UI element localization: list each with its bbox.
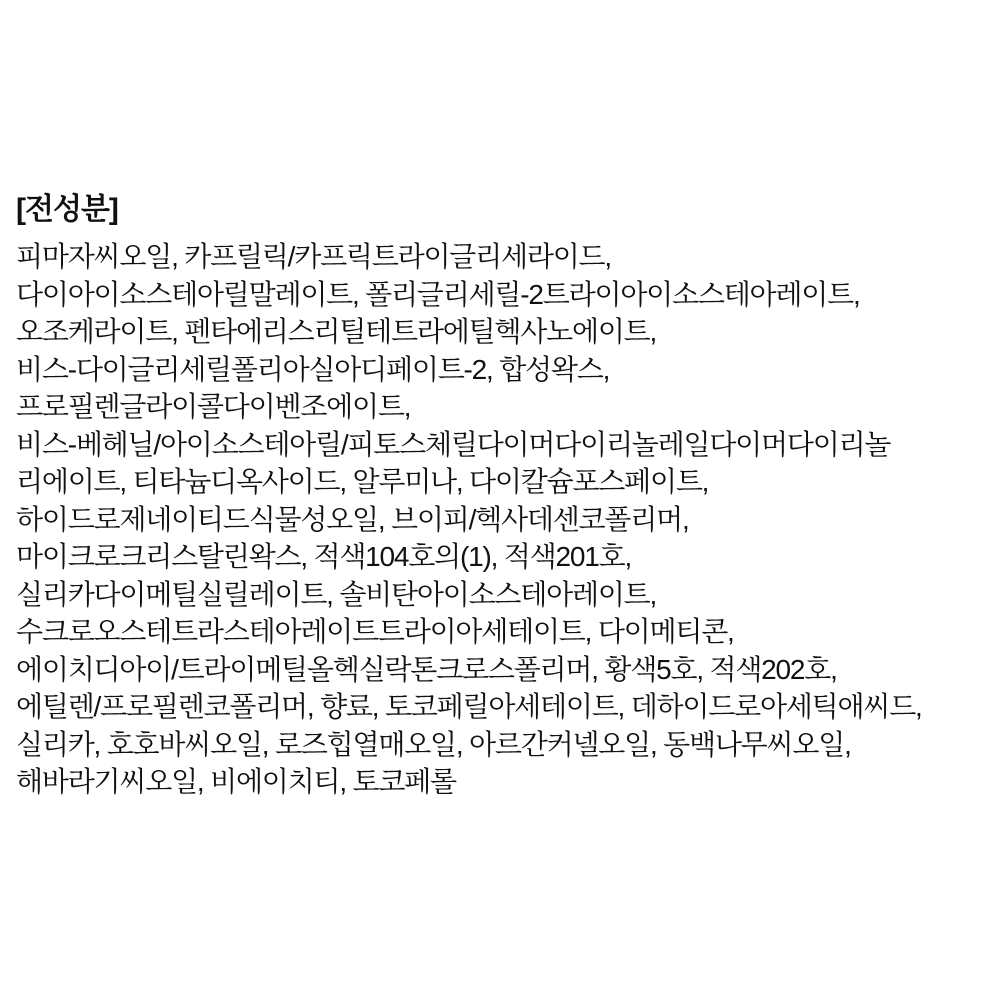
ingredient-line: 마이크로크리스탈린왁스, 적색104호의(1), 적색201호, — [16, 538, 988, 576]
ingredient-line: 비스-베헤닐/아이소스테아릴/피토스체릴다이머다이리놀레일다이머다이리놀 — [16, 426, 988, 464]
ingredient-line: 실리카다이메틸실릴레이트, 솔비탄아이소스테아레이트, — [16, 576, 988, 614]
ingredient-line: 리에이트, 티타늄디옥사이드, 알루미나, 다이칼슘포스페이트, — [16, 463, 988, 501]
ingredient-line: 피마자씨오일, 카프릴릭/카프릭트라이글리세라이드, — [16, 238, 988, 276]
ingredient-line: 해바라기씨오일, 비에이치티, 토코페롤 — [16, 763, 988, 801]
ingredient-line: 비스-다이글리세릴폴리아실아디페이트-2, 합성왁스, — [16, 351, 988, 389]
ingredient-line: 에틸렌/프로필렌코폴리머, 향료, 토코페릴아세테이트, 데하이드로아세틱애씨드… — [16, 688, 988, 726]
ingredient-list: 피마자씨오일, 카프릴릭/카프릭트라이글리세라이드, 다이아이소스테아릴말레이트… — [16, 238, 988, 801]
ingredient-line: 실리카, 호호바씨오일, 로즈힙열매오일, 아르간커넬오일, 동백나무씨오일, — [16, 726, 988, 764]
section-title: [전성분] — [16, 192, 988, 228]
ingredient-line: 프로필렌글라이콜다이벤조에이트, — [16, 388, 988, 426]
ingredient-line: 에이치디아이/트라이메틸올헥실락톤크로스폴리머, 황색5호, 적색202호, — [16, 651, 988, 689]
ingredient-line: 하이드로제네이티드식물성오일, 브이피/헥사데센코폴리머, — [16, 501, 988, 539]
ingredient-line: 오조케라이트, 펜타에리스리틸테트라에틸헥사노에이트, — [16, 313, 988, 351]
ingredient-line: 다이아이소스테아릴말레이트, 폴리글리세릴-2트라이아이소스테아레이트, — [16, 276, 988, 314]
ingredient-line: 수크로오스테트라스테아레이트트라이아세테이트, 다이메티콘, — [16, 613, 988, 651]
ingredients-page: [전성분] 피마자씨오일, 카프릴릭/카프릭트라이글리세라이드, 다이아이소스테… — [0, 0, 1000, 1000]
